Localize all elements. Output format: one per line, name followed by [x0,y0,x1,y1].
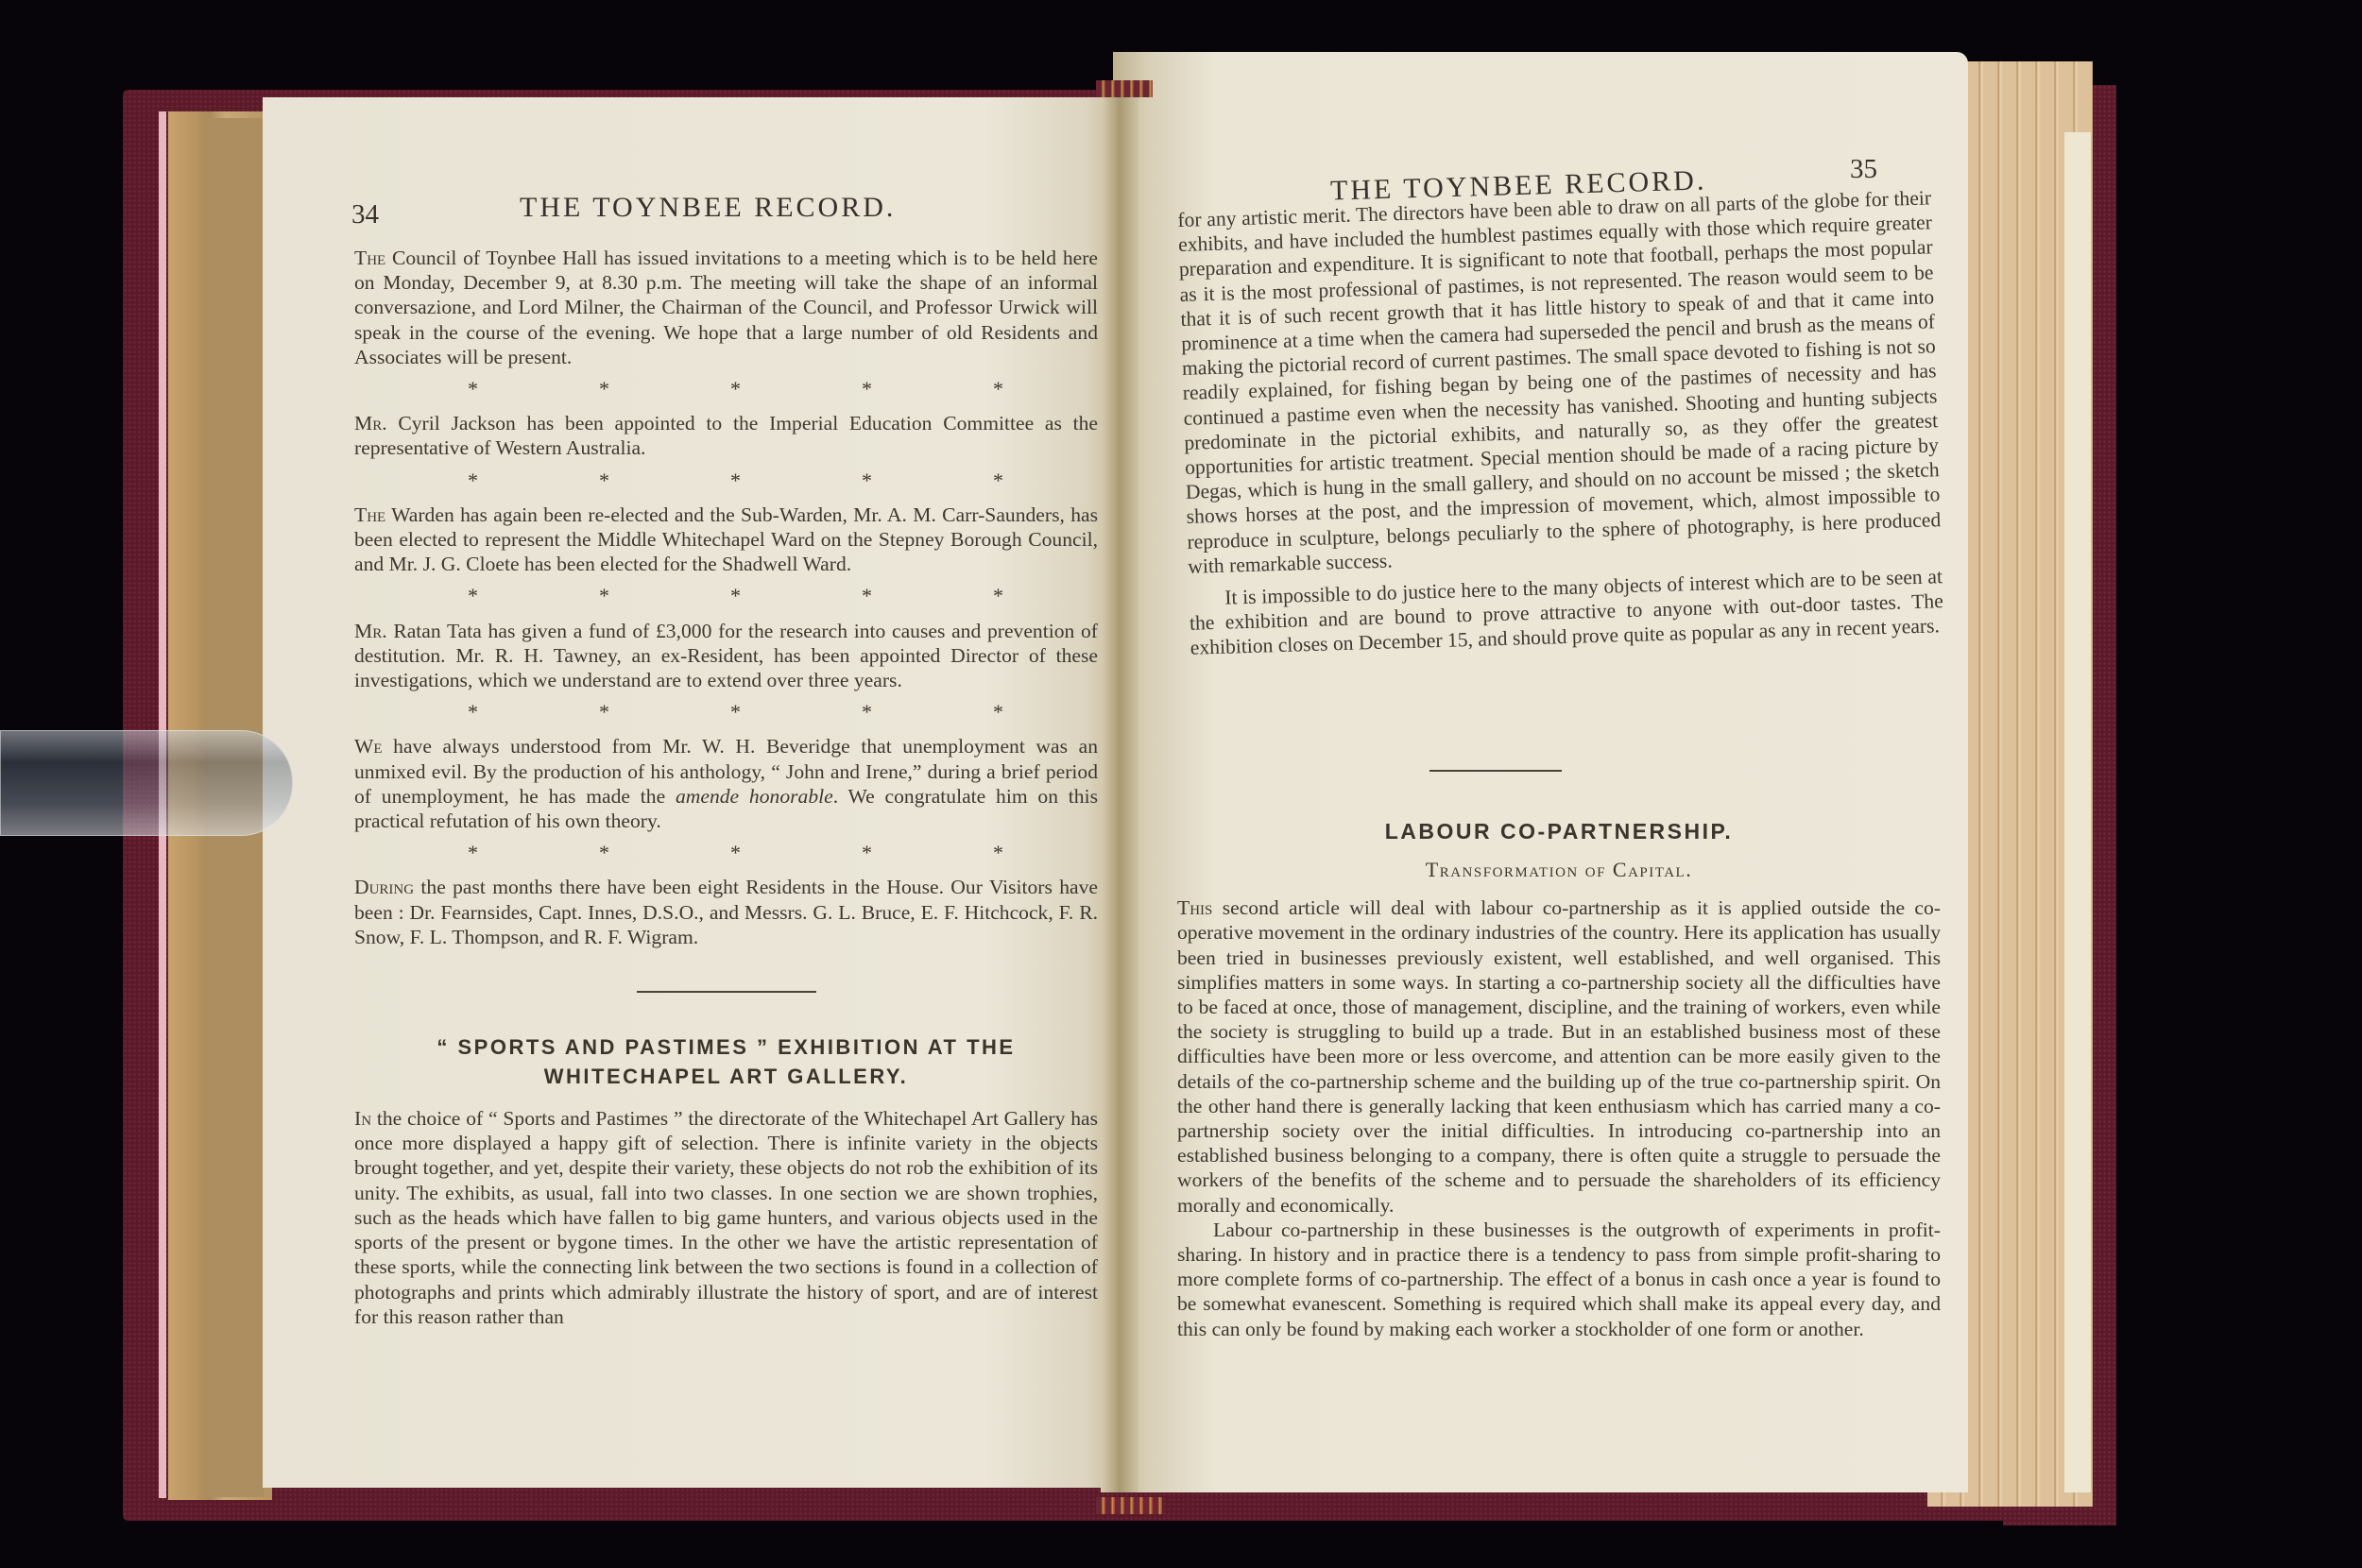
article-title: “ SPORTS AND PASTIMES ” EXHIBITION AT TH… [354,1032,1098,1091]
right-page: THE TOYNBEE RECORD. 35 for any artistic … [1113,52,1968,1492]
continuation-paragraph: for any artistic merit. The directors ha… [1177,185,1942,579]
article-paragraph: This second article will deal with labou… [1177,895,1941,1218]
star-separator: ***** [354,841,1098,865]
headband-bottom [1096,1497,1162,1514]
right-page-continuation: for any artistic merit. The directors ha… [1177,185,1944,660]
book-gutter [1101,94,1138,1492]
article-paragraph: In the choice of “ Sports and Pastimes ”… [354,1106,1098,1329]
left-page: 34 THE TOYNBEE RECORD. The Council of To… [263,97,1113,1488]
note-paragraph: During the past months there have been e… [354,875,1098,949]
note-paragraph: We have always understood from Mr. W. H.… [354,734,1098,833]
star-separator: ***** [354,700,1098,724]
star-separator: ***** [354,469,1098,493]
page-number: 35 [1850,154,1877,185]
note-paragraph: The Warden has again been re-elected and… [354,503,1098,577]
note-paragraph: Mr. Cyril Jackson has been appointed to … [354,411,1098,460]
article-subtitle: Transformation of Capital. [1177,858,1941,882]
star-separator: ***** [354,584,1098,608]
left-page-body: The Council of Toynbee Hall has issued i… [354,246,1098,1329]
right-page-article: LABOUR CO-PARTNERSHIP. Transformation of… [1177,817,1941,1341]
right-endpaper [2064,132,2091,1492]
article-paragraph: Labour co-partnership in these businesse… [1177,1218,1941,1341]
page-number: 34 [351,199,379,230]
headband-top [1096,80,1153,97]
star-separator: ***** [354,377,1098,401]
article-title: LABOUR CO-PARTNERSHIP. [1177,817,1941,846]
running-head: THE TOYNBEE RECORD. [520,192,896,224]
glass-page-weight [0,730,293,836]
note-paragraph: Mr. Ratan Tata has given a fund of £3,00… [354,619,1098,693]
continuation-paragraph: It is impossible to do justice here to t… [1189,564,1944,660]
section-rule [1429,770,1562,772]
note-paragraph: The Council of Toynbee Hall has issued i… [354,246,1098,369]
